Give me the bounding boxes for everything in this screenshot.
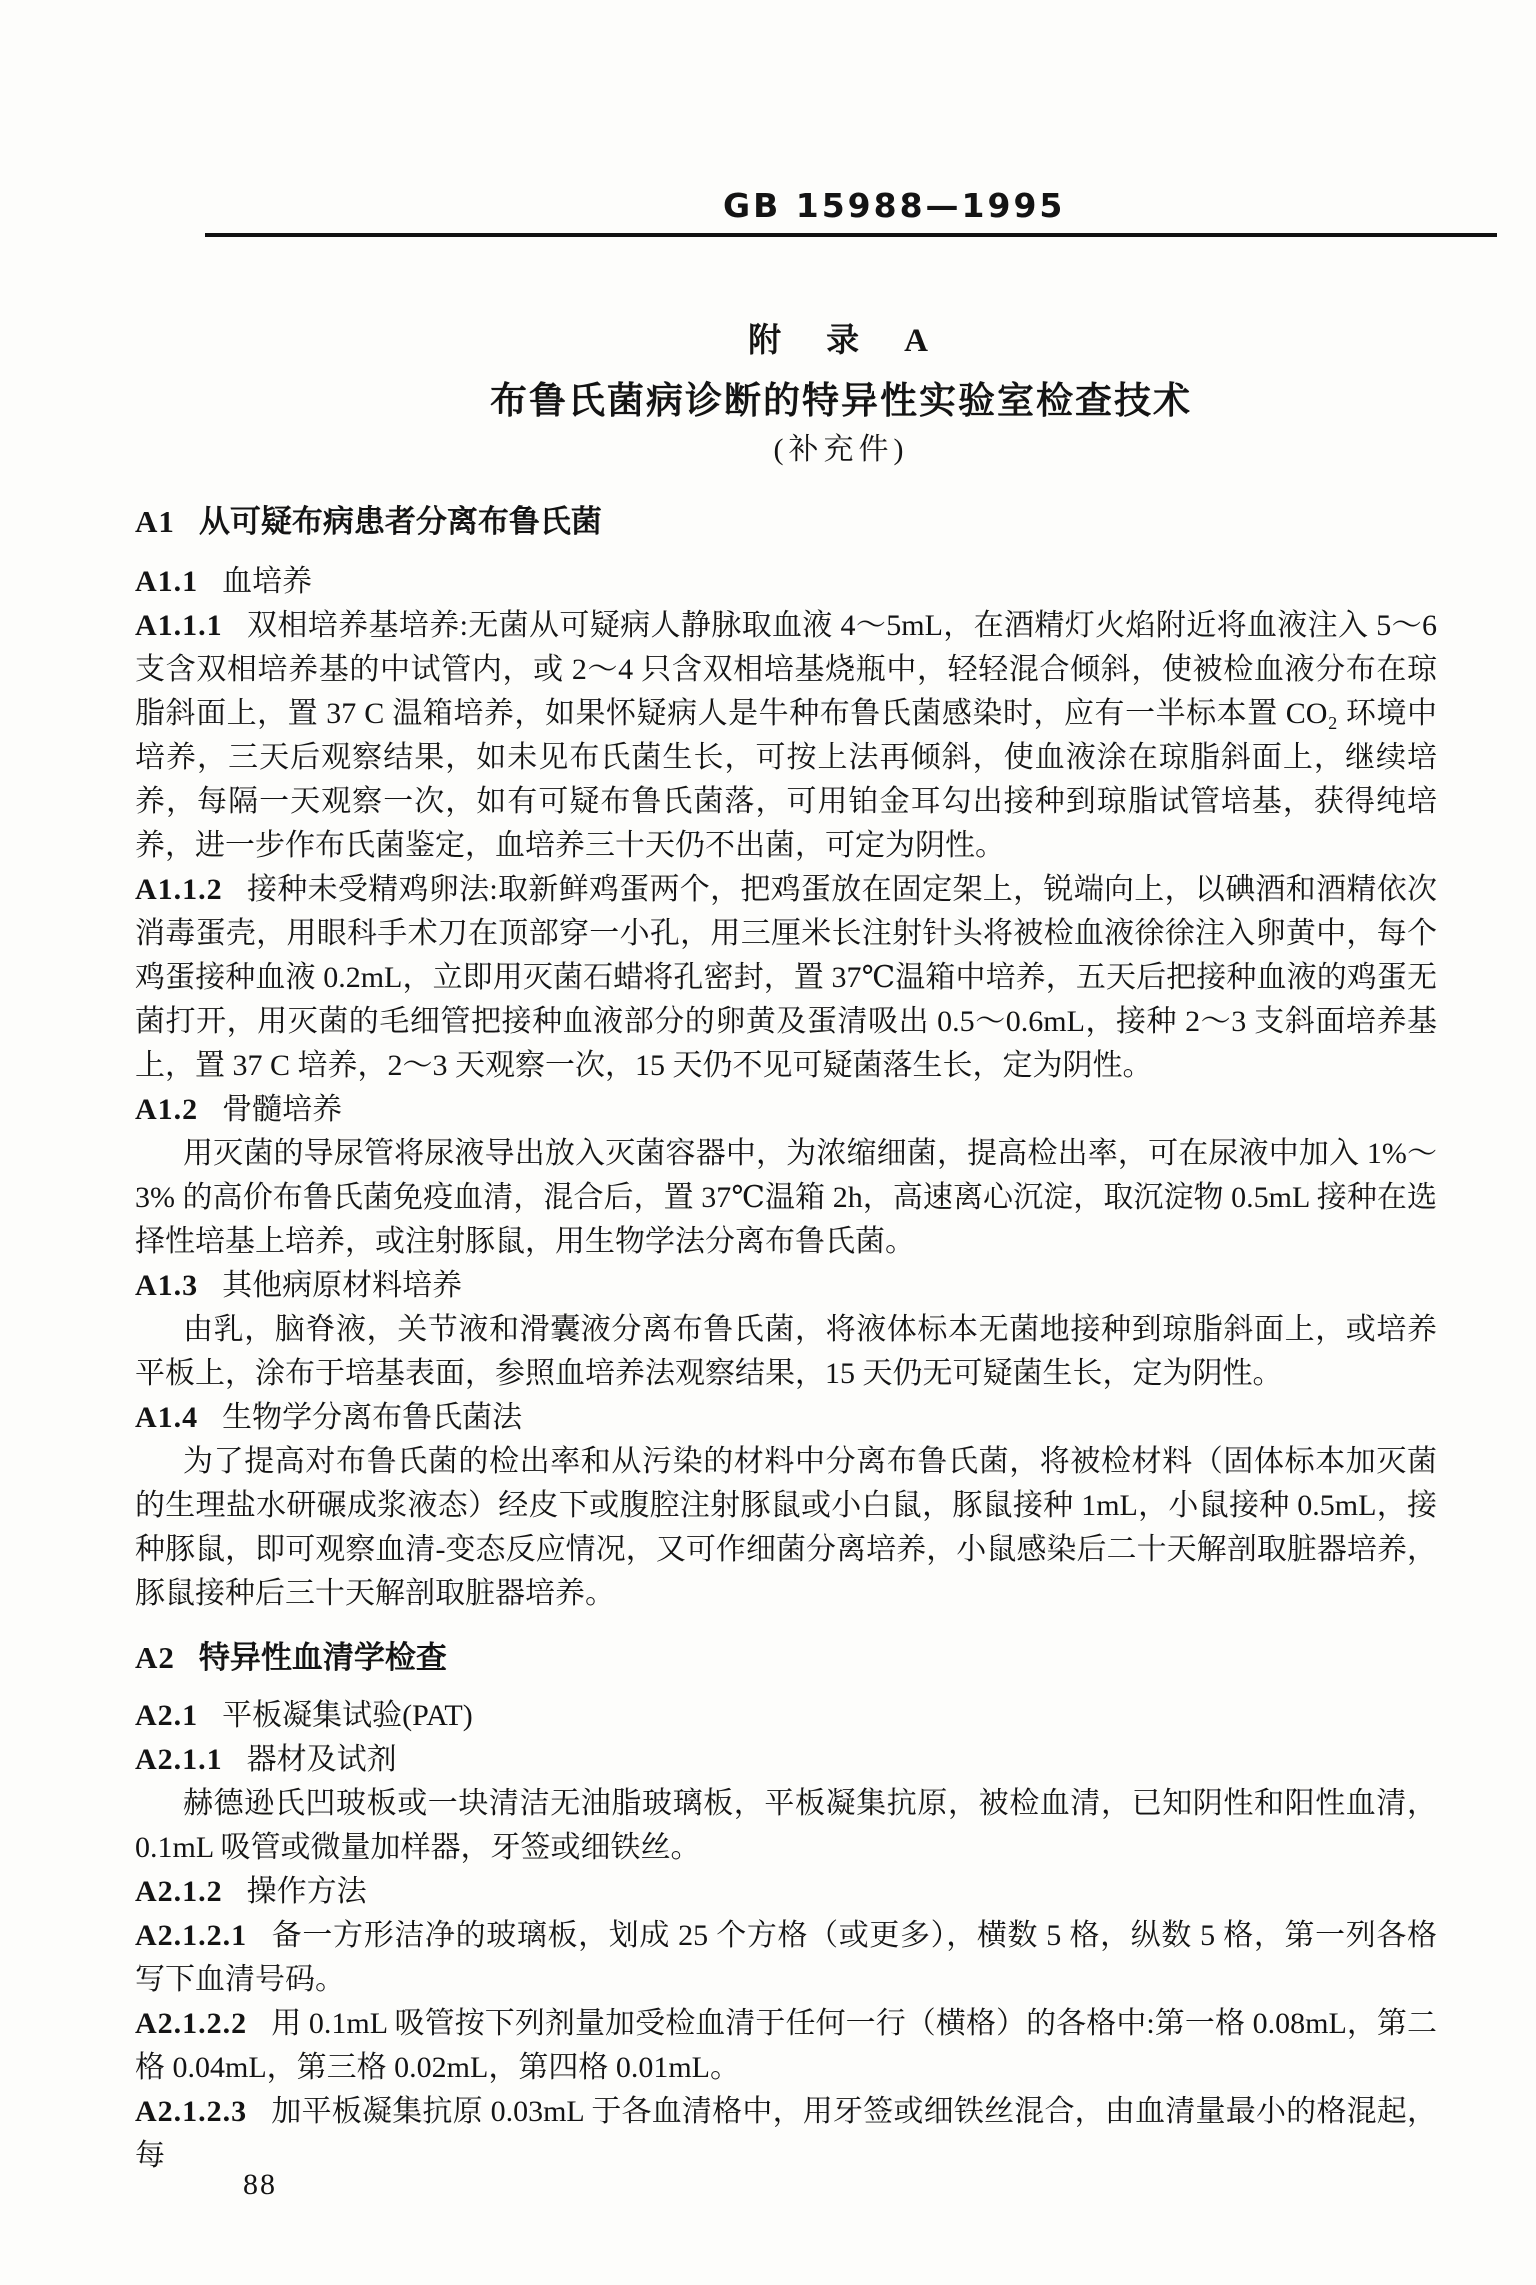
block-text: 双相培养基培养:无菌从可疑病人静脉取血液 4～5mL，在酒精灯火焰附近将血液注入… [135, 609, 1437, 862]
clause-number: A2 [135, 1640, 175, 1675]
clause-heading-A1.2: A1.2骨髓培养 [135, 1088, 1437, 1132]
appendix-title: 布鲁氏菌病诊断的特异性实验室检查技术 [190, 370, 1492, 424]
block-text: 加平板凝集抗原 0.03mL 于各血清格中，用牙签或细铁丝混合，由血清量最小的格… [135, 2095, 1437, 2172]
clause-number: A2.1.1 [135, 1743, 223, 1776]
numbered-para-A1.1.1: A1.1.1双相培养基培养:无菌从可疑病人静脉取血液 4～5mL，在酒精灯火焰附… [135, 604, 1437, 868]
clause-number: A2.1.2.3 [135, 2095, 247, 2128]
block-text: 用灭菌的导尿管将尿液导出放入灭菌容器中，为浓缩细菌，提高检出率，可在尿液中加入 … [135, 1137, 1437, 1258]
clause-number: A1.1.2 [135, 873, 223, 906]
document-page: GB 15988—1995 附 录 A 布鲁氏菌病诊断的特异性实验室检查技术 (… [0, 0, 1536, 2285]
clause-number: A2.1.2 [135, 1875, 223, 1908]
clause-heading-A1.4: A1.4生物学分离布鲁氏菌法 [135, 1396, 1437, 1440]
block-text: 由乳，脑脊液，关节液和滑囊液分离布鲁氏菌，将液体标本无菌地接种到琼脂斜面上，或培… [135, 1313, 1437, 1390]
document-body: A1从可疑布病患者分离布鲁氏菌A1.1血培养A1.1.1双相培养基培养:无菌从可… [135, 500, 1437, 2178]
block-text: 其他病原材料培养 [222, 1269, 462, 1302]
block-text: 从可疑布病患者分离布鲁氏菌 [199, 504, 602, 539]
appendix-label: 附 录 A [190, 314, 1492, 361]
numbered-para-A2.1.2.3: A2.1.2.3加平板凝集抗原 0.03mL 于各血清格中，用牙签或细铁丝混合，… [135, 2090, 1437, 2178]
clause-heading-A1.3: A1.3其他病原材料培养 [135, 1264, 1437, 1308]
clause-heading-A2.1: A2.1平板凝集试验(PAT) [135, 1694, 1437, 1738]
clause-number: A1.4 [135, 1401, 198, 1434]
numbered-para-A2.1.2.2: A2.1.2.2用 0.1mL 吸管按下列剂量加受检血清于任何一行（横格）的各格… [135, 2002, 1437, 2090]
indent-para-9: 为了提高对布鲁氏菌的检出率和从污染的材料中分离布鲁氏菌，将被检材料（固体标本加灭… [135, 1440, 1437, 1616]
clause-number: A2.1.2.2 [135, 2007, 247, 2040]
block-text: 为了提高对布鲁氏菌的检出率和从污染的材料中分离布鲁氏菌，将被检材料（固体标本加灭… [135, 1445, 1437, 1610]
clause-heading-A2.1.2: A2.1.2操作方法 [135, 1870, 1437, 1914]
block-text: 特异性血清学检查 [199, 1640, 447, 1675]
numbered-para-A1.1.2: A1.1.2接种未受精鸡卵法:取新鲜鸡蛋两个，把鸡蛋放在固定架上，锐端向上，以碘… [135, 868, 1437, 1088]
block-text: 血培养 [222, 565, 312, 598]
block-text: 备一方形洁净的玻璃板，划成 25 个方格（或更多），横数 5 格，纵数 5 格，… [135, 1919, 1437, 1996]
clause-number: A1.1 [135, 565, 198, 598]
indent-para-7: 由乳，脑脊液，关节液和滑囊液分离布鲁氏菌，将液体标本无菌地接种到琼脂斜面上，或培… [135, 1308, 1437, 1396]
section-heading-A1: A1从可疑布病患者分离布鲁氏菌 [135, 500, 1437, 544]
block-text: 赫德逊氏凹玻板或一块清洁无油脂玻璃板，平板凝集抗原，被检血清，已知阴性和阳性血清… [135, 1787, 1437, 1864]
clause-number: A2.1 [135, 1699, 198, 1732]
block-text: 器材及试剂 [247, 1743, 397, 1776]
appendix-subtitle: (补充件) [190, 424, 1492, 468]
clause-number: A1.1.1 [135, 609, 223, 642]
block-text: 生物学分离布鲁氏菌法 [222, 1401, 522, 1434]
block-text: 操作方法 [247, 1875, 367, 1908]
clause-heading-A2.1.1: A2.1.1器材及试剂 [135, 1738, 1437, 1782]
block-text: 骨髓培养 [222, 1093, 342, 1126]
standard-code: GB 15988—1995 [723, 186, 1065, 225]
clause-number: A1.2 [135, 1093, 198, 1126]
section-heading-A2: A2特异性血清学检查 [135, 1636, 1437, 1680]
block-text: 平板凝集试验(PAT) [222, 1699, 473, 1732]
clause-number: A2.1.2.1 [135, 1919, 247, 1952]
indent-para-5: 用灭菌的导尿管将尿液导出放入灭菌容器中，为浓缩细菌，提高检出率，可在尿液中加入 … [135, 1132, 1437, 1264]
block-text: 接种未受精鸡卵法:取新鲜鸡蛋两个，把鸡蛋放在固定架上，锐端向上，以碘酒和酒精依次… [135, 873, 1437, 1082]
numbered-para-A2.1.2.1: A2.1.2.1备一方形洁净的玻璃板，划成 25 个方格（或更多），横数 5 格… [135, 1914, 1437, 2002]
indent-para-13: 赫德逊氏凹玻板或一块清洁无油脂玻璃板，平板凝集抗原，被检血清，已知阴性和阳性血清… [135, 1782, 1437, 1870]
clause-heading-A1.1: A1.1血培养 [135, 560, 1437, 604]
page-number: 88 [243, 2168, 277, 2202]
header-rule [205, 233, 1497, 237]
clause-number: A1 [135, 504, 175, 539]
clause-number: A1.3 [135, 1269, 198, 1302]
block-text: 用 0.1mL 吸管按下列剂量加受检血清于任何一行（横格）的各格中:第一格 0.… [135, 2007, 1437, 2084]
